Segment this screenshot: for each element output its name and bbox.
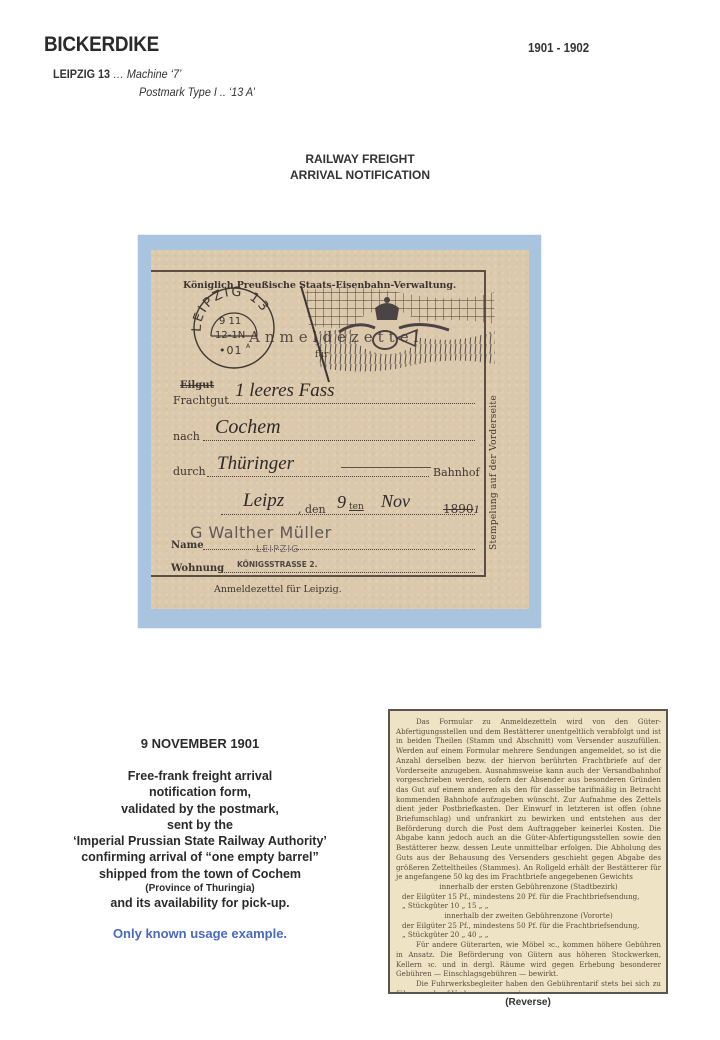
album-page-title: BICKERDIKE xyxy=(44,33,159,57)
zone2-fee-line: „ Stückgüter 20 „ 40 „ „ xyxy=(396,930,661,940)
nach-value: Cochem xyxy=(215,416,281,439)
day-suffix: ten xyxy=(349,502,364,512)
nach-label: nach xyxy=(173,430,200,443)
zone1-fee-line: der Eilgüter 15 Pf., mindestens 20 Pf. f… xyxy=(396,892,661,902)
postmark-date: 9 11 xyxy=(219,316,241,327)
durch-label: durch xyxy=(173,465,206,478)
year-range: 1901 - 1902 xyxy=(528,40,589,55)
form-title: Anmeldezettel xyxy=(249,328,423,346)
top-border-rule xyxy=(151,270,485,272)
month-value: Nov xyxy=(381,491,410,512)
description-line: shipped from the town of Cochem xyxy=(50,866,350,882)
section-heading: RAILWAY FREIGHT ARRIVAL NOTIFICATION xyxy=(200,151,520,183)
zone1-title: innerhalb der ersten Gebührenzone (Stadt… xyxy=(396,882,661,892)
freight-notification-card: Königlich Preußische Staats-Eisenbahn-Ve… xyxy=(151,250,529,609)
zone2-fee-line: der Eilgüter 25 Pf., mindestens 50 Pf. f… xyxy=(396,921,661,931)
place-value: Leipz xyxy=(243,490,284,512)
bahnhof-label: Bahnhof xyxy=(433,466,480,479)
day-value: 9 xyxy=(337,492,346,513)
description-line: sent by the xyxy=(50,817,350,833)
place-date-line xyxy=(221,514,475,515)
address-label: Wohnung xyxy=(171,563,224,574)
address-stamp: KÖNIGSSTRASSE 2. xyxy=(237,560,318,569)
postmark-time: 12-1N xyxy=(215,330,245,341)
durch-strike-line xyxy=(341,467,431,468)
province-note: (Province of Thuringia) xyxy=(50,882,350,895)
description-line: Free-frank freight arrival xyxy=(50,768,350,784)
zone1-fee-line: „ Stückgüter 10 „ 15 „ „ xyxy=(396,901,661,911)
printed-year: 1890 xyxy=(443,502,474,516)
sender-name-stamp: G Walther Müller xyxy=(190,523,332,542)
city-stamp: LEIPZIG xyxy=(256,544,300,555)
subtitle-line-1: LEIPZIG 13 … Machine ‘7’ xyxy=(53,67,181,81)
reverse-paragraph: Für andere Güterarten, wie Möbel ꝛc., ko… xyxy=(396,940,661,979)
reverse-paragraph: Das Formular zu Anmeldezetteln wird von … xyxy=(396,717,661,882)
office-label: LEIPZIG 13 xyxy=(53,67,110,81)
frachtgut-line xyxy=(227,403,475,404)
form-title-sub: für xyxy=(315,350,328,360)
address-line xyxy=(219,572,475,573)
frachtgut-value: 1 leeres Fass xyxy=(235,380,335,402)
description-line: ‘Imperial Prussian State Railway Authori… xyxy=(50,833,350,849)
bottom-border-rule xyxy=(151,575,486,577)
reverse-caption: (Reverse) xyxy=(388,997,668,1008)
description-line: notification form, xyxy=(50,784,350,800)
heading-line-1: RAILWAY FREIGHT xyxy=(200,151,520,167)
description-line: validated by the postmark, xyxy=(50,801,350,817)
machine-label: … Machine ‘7’ xyxy=(113,67,181,81)
usage-date: 9 NOVEMBER 1901 xyxy=(50,736,350,751)
postmark-year: •01 xyxy=(219,344,243,357)
heading-line-2: ARRIVAL NOTIFICATION xyxy=(200,167,520,183)
zone2-title: innerhalb der zweiten Gebührenzone (Voro… xyxy=(396,911,661,921)
footer-text: Anmeldezettel für Leipzig. xyxy=(214,584,342,595)
item-description: 9 NOVEMBER 1901 Free-frank freight arriv… xyxy=(50,736,350,941)
side-instruction-text: Stempelung auf der Vorderseite xyxy=(489,395,499,550)
name-line xyxy=(203,549,475,550)
frachtgut-label: Frachtgut xyxy=(173,394,229,407)
year-correction: 1 xyxy=(474,502,480,516)
den-label: , den xyxy=(298,503,326,516)
rarity-note: Only known usage example. xyxy=(50,926,350,941)
year-value: 18901 xyxy=(443,502,480,517)
nach-line xyxy=(203,440,475,441)
reverse-paragraph: Die Fuhrwerksbegleiter haben den Gebühre… xyxy=(396,979,661,994)
reverse-side-image: Das Formular zu Anmeldezetteln wird von … xyxy=(388,709,668,994)
postmark-type-label: Postmark Type I .. ‘13 A’ xyxy=(139,85,255,99)
name-label: Name xyxy=(171,540,204,551)
durch-value: Thüringer xyxy=(217,453,294,475)
description-line: and its availability for pick-up. xyxy=(50,895,350,911)
durch-line xyxy=(207,476,429,477)
description-line: confirming arrival of “one empty barrel” xyxy=(50,849,350,865)
eilgut-struck-label: Eilgut xyxy=(180,380,214,391)
